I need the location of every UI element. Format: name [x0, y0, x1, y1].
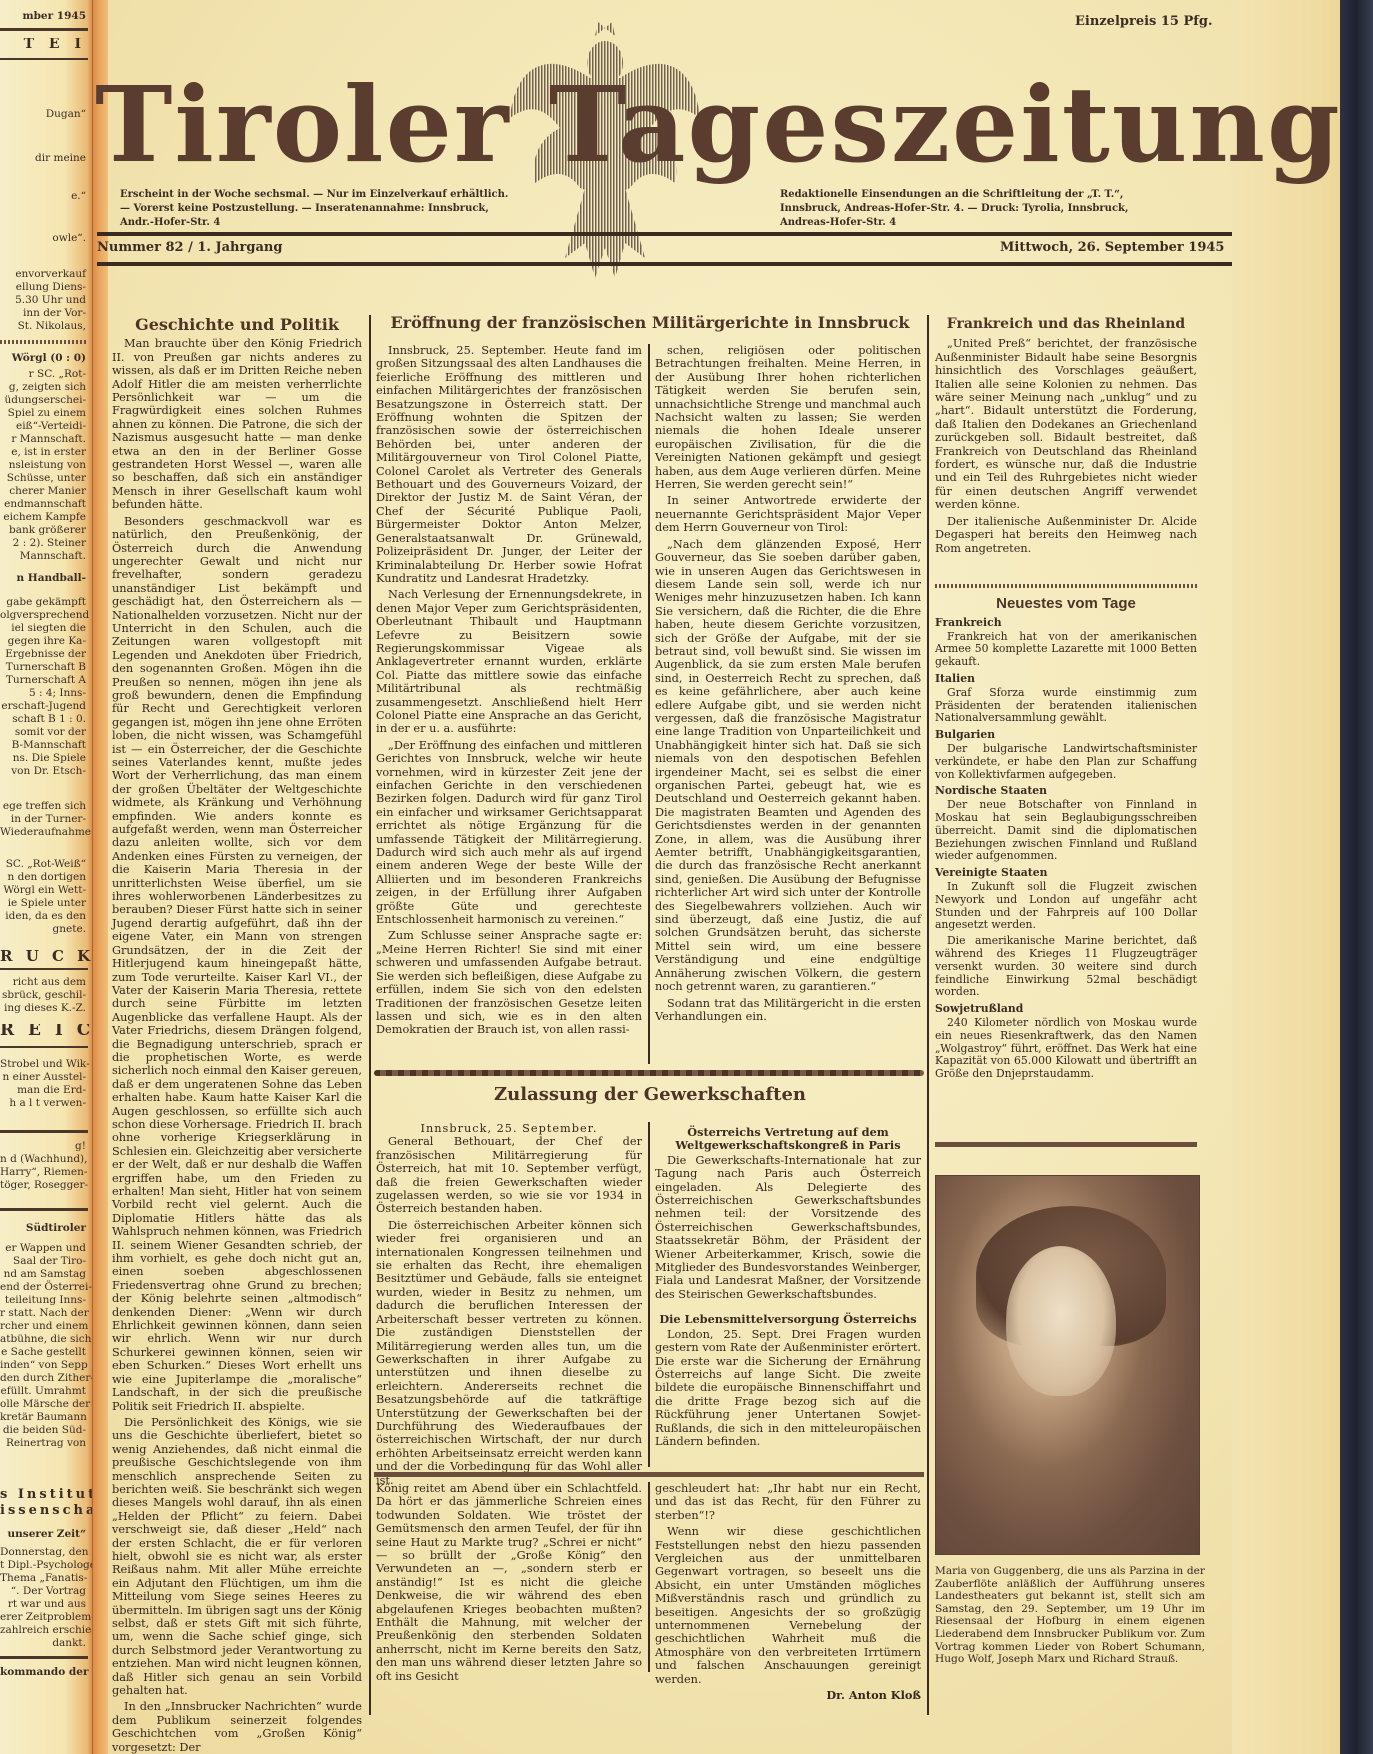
paragraph: In seiner Antwortrede erwiderte der neue… — [655, 494, 921, 534]
author-signature: Dr. Anton Kloß — [655, 1689, 921, 1702]
prev-text-block-i: er Wappen undSaal der Tiro-nd am Samstag… — [0, 1242, 92, 1450]
article-neuestes-vom-tage: Neuestes vom Tage Frankreich Frankreich … — [935, 598, 1197, 1084]
prev-subheading: unserer Zeit“ — [0, 1528, 92, 1541]
section-divider — [935, 1142, 1197, 1147]
column-divider — [927, 315, 929, 1715]
paragraph: Die Gewerkschafts-Internationale hat zur… — [655, 1154, 921, 1301]
issue-date: Mittwoch, 26. September 1945 — [1000, 240, 1224, 255]
paragraph: „Nach dem glänzenden Exposé, Herr Gouver… — [655, 538, 921, 994]
prev-subheading: Wörgl (0 : 0) — [0, 352, 92, 365]
subheading-weltgewerkschaftskongress: Österreichs Vertretung auf dem Weltgewer… — [655, 1126, 921, 1153]
prev-section-heading: R U C K — [0, 950, 92, 963]
paragraph: schen, religiösen oder politischen Betra… — [655, 344, 921, 491]
prev-text-block-c: gabe gekämpftolgversprechendiel siegten … — [0, 596, 92, 778]
prev-section-heading: T E I — [0, 38, 92, 51]
prev-subheading: Südtiroler — [0, 1222, 92, 1235]
paragraph: Die österreichischen Arbeiter können sic… — [376, 1219, 642, 1487]
paragraph: Der italienische Außenminister Dr. Alcid… — [935, 515, 1197, 555]
column-divider — [648, 1482, 650, 1672]
single-copy-price: Einzelpreis 15 Pfg. — [1075, 14, 1212, 29]
news-text: In Zukunft soll die Flugzeit zwischen Ne… — [935, 881, 1197, 932]
paragraph: In den „Innsbrucker Nachrichten“ wurde d… — [112, 1700, 362, 1754]
article-title: Geschichte und Politik — [112, 318, 362, 331]
article-title: Frankreich und das Rheinland — [935, 318, 1197, 331]
paragraph: Wenn wir diese geschichtlichen Feststell… — [655, 1525, 921, 1686]
editorial-info: Redaktionelle Einsendungen an die Schrif… — [780, 188, 1180, 230]
article-rheinland: Frankreich und das Rheinland „United Pre… — [935, 318, 1197, 558]
article-geschichte-continuation-col2: geschleudert hat: „Ihr habt nur ein Rech… — [655, 1482, 921, 1703]
paragraph: General Bethouart, der Chef der französi… — [376, 1135, 642, 1215]
article-geschichte-continuation-col1: König reitet am Abend über ein Schlachtf… — [376, 1482, 642, 1686]
subheading-lebensmittelversorgung: Die Lebensmittelversorgung Österreichs — [655, 1313, 921, 1326]
news-heading-sowjetrussland: Sowjetrußland — [935, 1003, 1197, 1016]
section-divider — [374, 1472, 924, 1477]
column-divider — [369, 315, 371, 1715]
photo-face-shape — [1006, 1246, 1116, 1396]
article-gewerkschaften-col1: Innsbruck, 25. September. General Bethou… — [376, 1122, 642, 1490]
photo-caption: Maria von Guggenberg, die uns als Parzin… — [935, 1565, 1205, 1666]
news-heading-bulgarien: Bulgarien — [935, 729, 1197, 742]
prev-text-block-f: richt aus demsbrück, geschil-ing dieses … — [0, 976, 92, 1015]
prev-section-heading: issenschaft — [0, 1504, 92, 1517]
prev-text-line: owle“. — [0, 232, 92, 245]
news-text: 240 Kilometer nördlich von Moskau wurde … — [935, 1017, 1197, 1081]
paragraph: Nach Verlesung der Ernennungsdekrete, in… — [376, 588, 642, 735]
paragraph: „United Preß“ berichtet, der französisch… — [935, 337, 1197, 511]
masthead-rule-bottom — [97, 262, 1232, 266]
publication-info: Erscheint in der Woche sechsmal. — Nur i… — [120, 188, 510, 230]
masthead-rule-top — [97, 232, 1232, 236]
news-heading-vereinigte-staaten: Vereinigte Staaten — [935, 867, 1197, 880]
paragraph: Besonders geschmackvoll war es natürlich… — [112, 515, 362, 1413]
prev-section-heading: s Institut — [0, 1488, 92, 1501]
newspaper-page: mber 1945 T E I Dugan“ dir meine e.“ owl… — [0, 0, 1373, 1754]
previous-page-fragment: mber 1945 T E I Dugan“ dir meine e.“ owl… — [0, 0, 92, 1754]
prev-text-line: e.“ — [0, 190, 92, 203]
prev-text-block-d: ege treffen sichin der Turner-Wiederaufn… — [0, 800, 92, 839]
article-gewerkschaften-col2: Österreichs Vertretung auf dem Weltgewer… — [655, 1122, 921, 1451]
article-geschichte-und-politik: Geschichte und Politik Man brauchte über… — [112, 318, 362, 1754]
paragraph: Die Persönlichkeit des Königs, wie sie u… — [112, 1416, 362, 1698]
news-text: Graf Sforza wurde einstimmig zum Präside… — [935, 687, 1197, 725]
prev-text-block-j: Donnerstag, dent Dipl.-PsychologeThema „… — [0, 1546, 92, 1650]
paragraph: König reitet am Abend über ein Schlachtf… — [376, 1482, 642, 1683]
prev-text-block-e: SC. „Rot-Weiß“n den dortigenWörgl ein We… — [0, 858, 92, 936]
article-title: Neuestes vom Tage — [935, 598, 1197, 611]
prev-page-header: mber 1945 — [0, 10, 92, 23]
paragraph: geschleudert hat: „Ihr habt nur ein Rech… — [655, 1482, 921, 1522]
article-militaergerichte-col1: Innsbruck, 25. September. Heute fand im … — [376, 344, 642, 1040]
paragraph: „Der Eröffnung des einfachen und mittler… — [376, 739, 642, 927]
prev-text-line: dir meine — [0, 152, 92, 165]
article-title-militaergerichte: Eröffnung der französischen Militärgeric… — [376, 316, 924, 329]
news-heading-nordische-staaten: Nordische Staaten — [935, 785, 1197, 798]
article-title-gewerkschaften: Zulassung der Gewerkschaften — [376, 1088, 924, 1101]
news-text: Die amerikanische Marine berichtet, daß … — [935, 935, 1197, 999]
prev-text-block-h: g!n d (Wachhund),Harry“, Riemen-töger, R… — [0, 1140, 92, 1192]
prev-text-line: Dugan“ — [0, 108, 92, 121]
issue-number: Nummer 82 / 1. Jahrgang — [97, 240, 282, 255]
news-heading-frankreich: Frankreich — [935, 617, 1197, 630]
article-militaergerichte-col2: schen, religiösen oder politischen Betra… — [655, 344, 921, 1026]
prev-text-block-g: Strobel und Wik-n einer Ausstel-man die … — [0, 1058, 92, 1110]
prev-text-block-b: r SC. „Rot-g, zeigten sichüdungserschei-… — [0, 368, 92, 563]
news-text: Der bulgarische Landwirtschaftsminister … — [935, 743, 1197, 781]
prev-subheading: kommando der — [0, 1666, 92, 1679]
paragraph: Sodann trat das Militärgericht in die er… — [655, 997, 921, 1024]
news-text: Frankreich hat von der amerikanischen Ar… — [935, 631, 1197, 669]
dateline: Innsbruck, 25. September. — [376, 1122, 642, 1135]
prev-subheading: n Handball- — [0, 572, 92, 585]
column-divider — [648, 1122, 650, 1467]
section-divider — [935, 584, 1197, 588]
portrait-photo — [935, 1175, 1200, 1555]
paragraph: Zum Schlusse seiner Ansprache sagte er: … — [376, 929, 642, 1036]
newspaper-title: Tiroler Tageszeitung — [95, 60, 1235, 190]
news-heading-italien: Italien — [935, 673, 1197, 686]
column-divider — [648, 344, 650, 1064]
paragraph: London, 25. Sept. Drei Fragen wurden ges… — [655, 1328, 921, 1449]
news-text: Der neue Botschafter von Finnland in Mos… — [935, 799, 1197, 863]
book-binding — [1340, 0, 1373, 1754]
section-divider-wavy — [374, 1070, 924, 1076]
prev-section-heading: R E I C H — [0, 1024, 92, 1037]
paragraph: Innsbruck, 25. September. Heute fand im … — [376, 344, 642, 585]
paragraph: Man brauchte über den König Friedrich II… — [112, 337, 362, 511]
prev-text-block-a: envorverkaufellung Diens-5.30 Uhr undinn… — [0, 268, 92, 333]
